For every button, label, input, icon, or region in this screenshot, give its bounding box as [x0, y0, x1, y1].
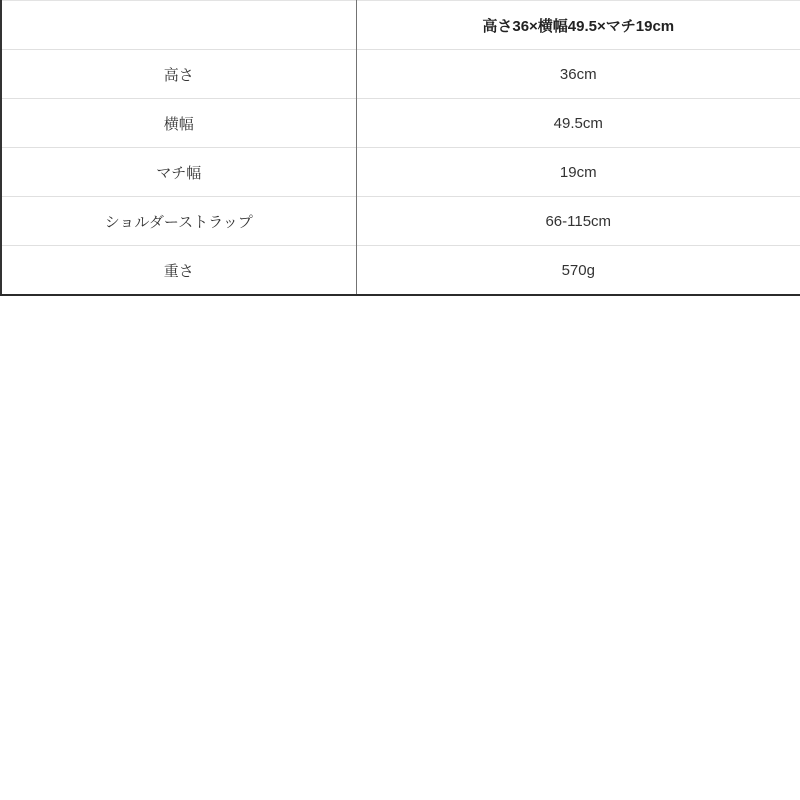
- spec-row-label: 横幅: [1, 99, 356, 148]
- spec-row-weight: 重さ 570g: [1, 246, 800, 296]
- spec-row-width: 横幅 49.5cm: [1, 99, 800, 148]
- spec-header-empty-cell: [1, 1, 356, 50]
- spec-header-dimensions: 高さ36×横幅49.5×マチ19cm: [356, 1, 800, 50]
- spec-row-value: 570g: [356, 246, 800, 296]
- product-spec-table: 高さ36×横幅49.5×マチ19cm 高さ 36cm 横幅 49.5cm マチ幅…: [0, 0, 800, 296]
- spec-row-value: 66-115cm: [356, 197, 800, 246]
- spec-row-label: 高さ: [1, 50, 356, 99]
- spec-row-label: マチ幅: [1, 148, 356, 197]
- spec-row-height: 高さ 36cm: [1, 50, 800, 99]
- page: 高さ36×横幅49.5×マチ19cm 高さ 36cm 横幅 49.5cm マチ幅…: [0, 0, 800, 800]
- spec-row-value: 19cm: [356, 148, 800, 197]
- spec-row-gusset: マチ幅 19cm: [1, 148, 800, 197]
- spec-row-label: ショルダーストラップ: [1, 197, 356, 246]
- spec-row-label: 重さ: [1, 246, 356, 296]
- spec-row-value: 49.5cm: [356, 99, 800, 148]
- spec-row-value: 36cm: [356, 50, 800, 99]
- spec-header-row: 高さ36×横幅49.5×マチ19cm: [1, 1, 800, 50]
- spec-row-shoulder-strap: ショルダーストラップ 66-115cm: [1, 197, 800, 246]
